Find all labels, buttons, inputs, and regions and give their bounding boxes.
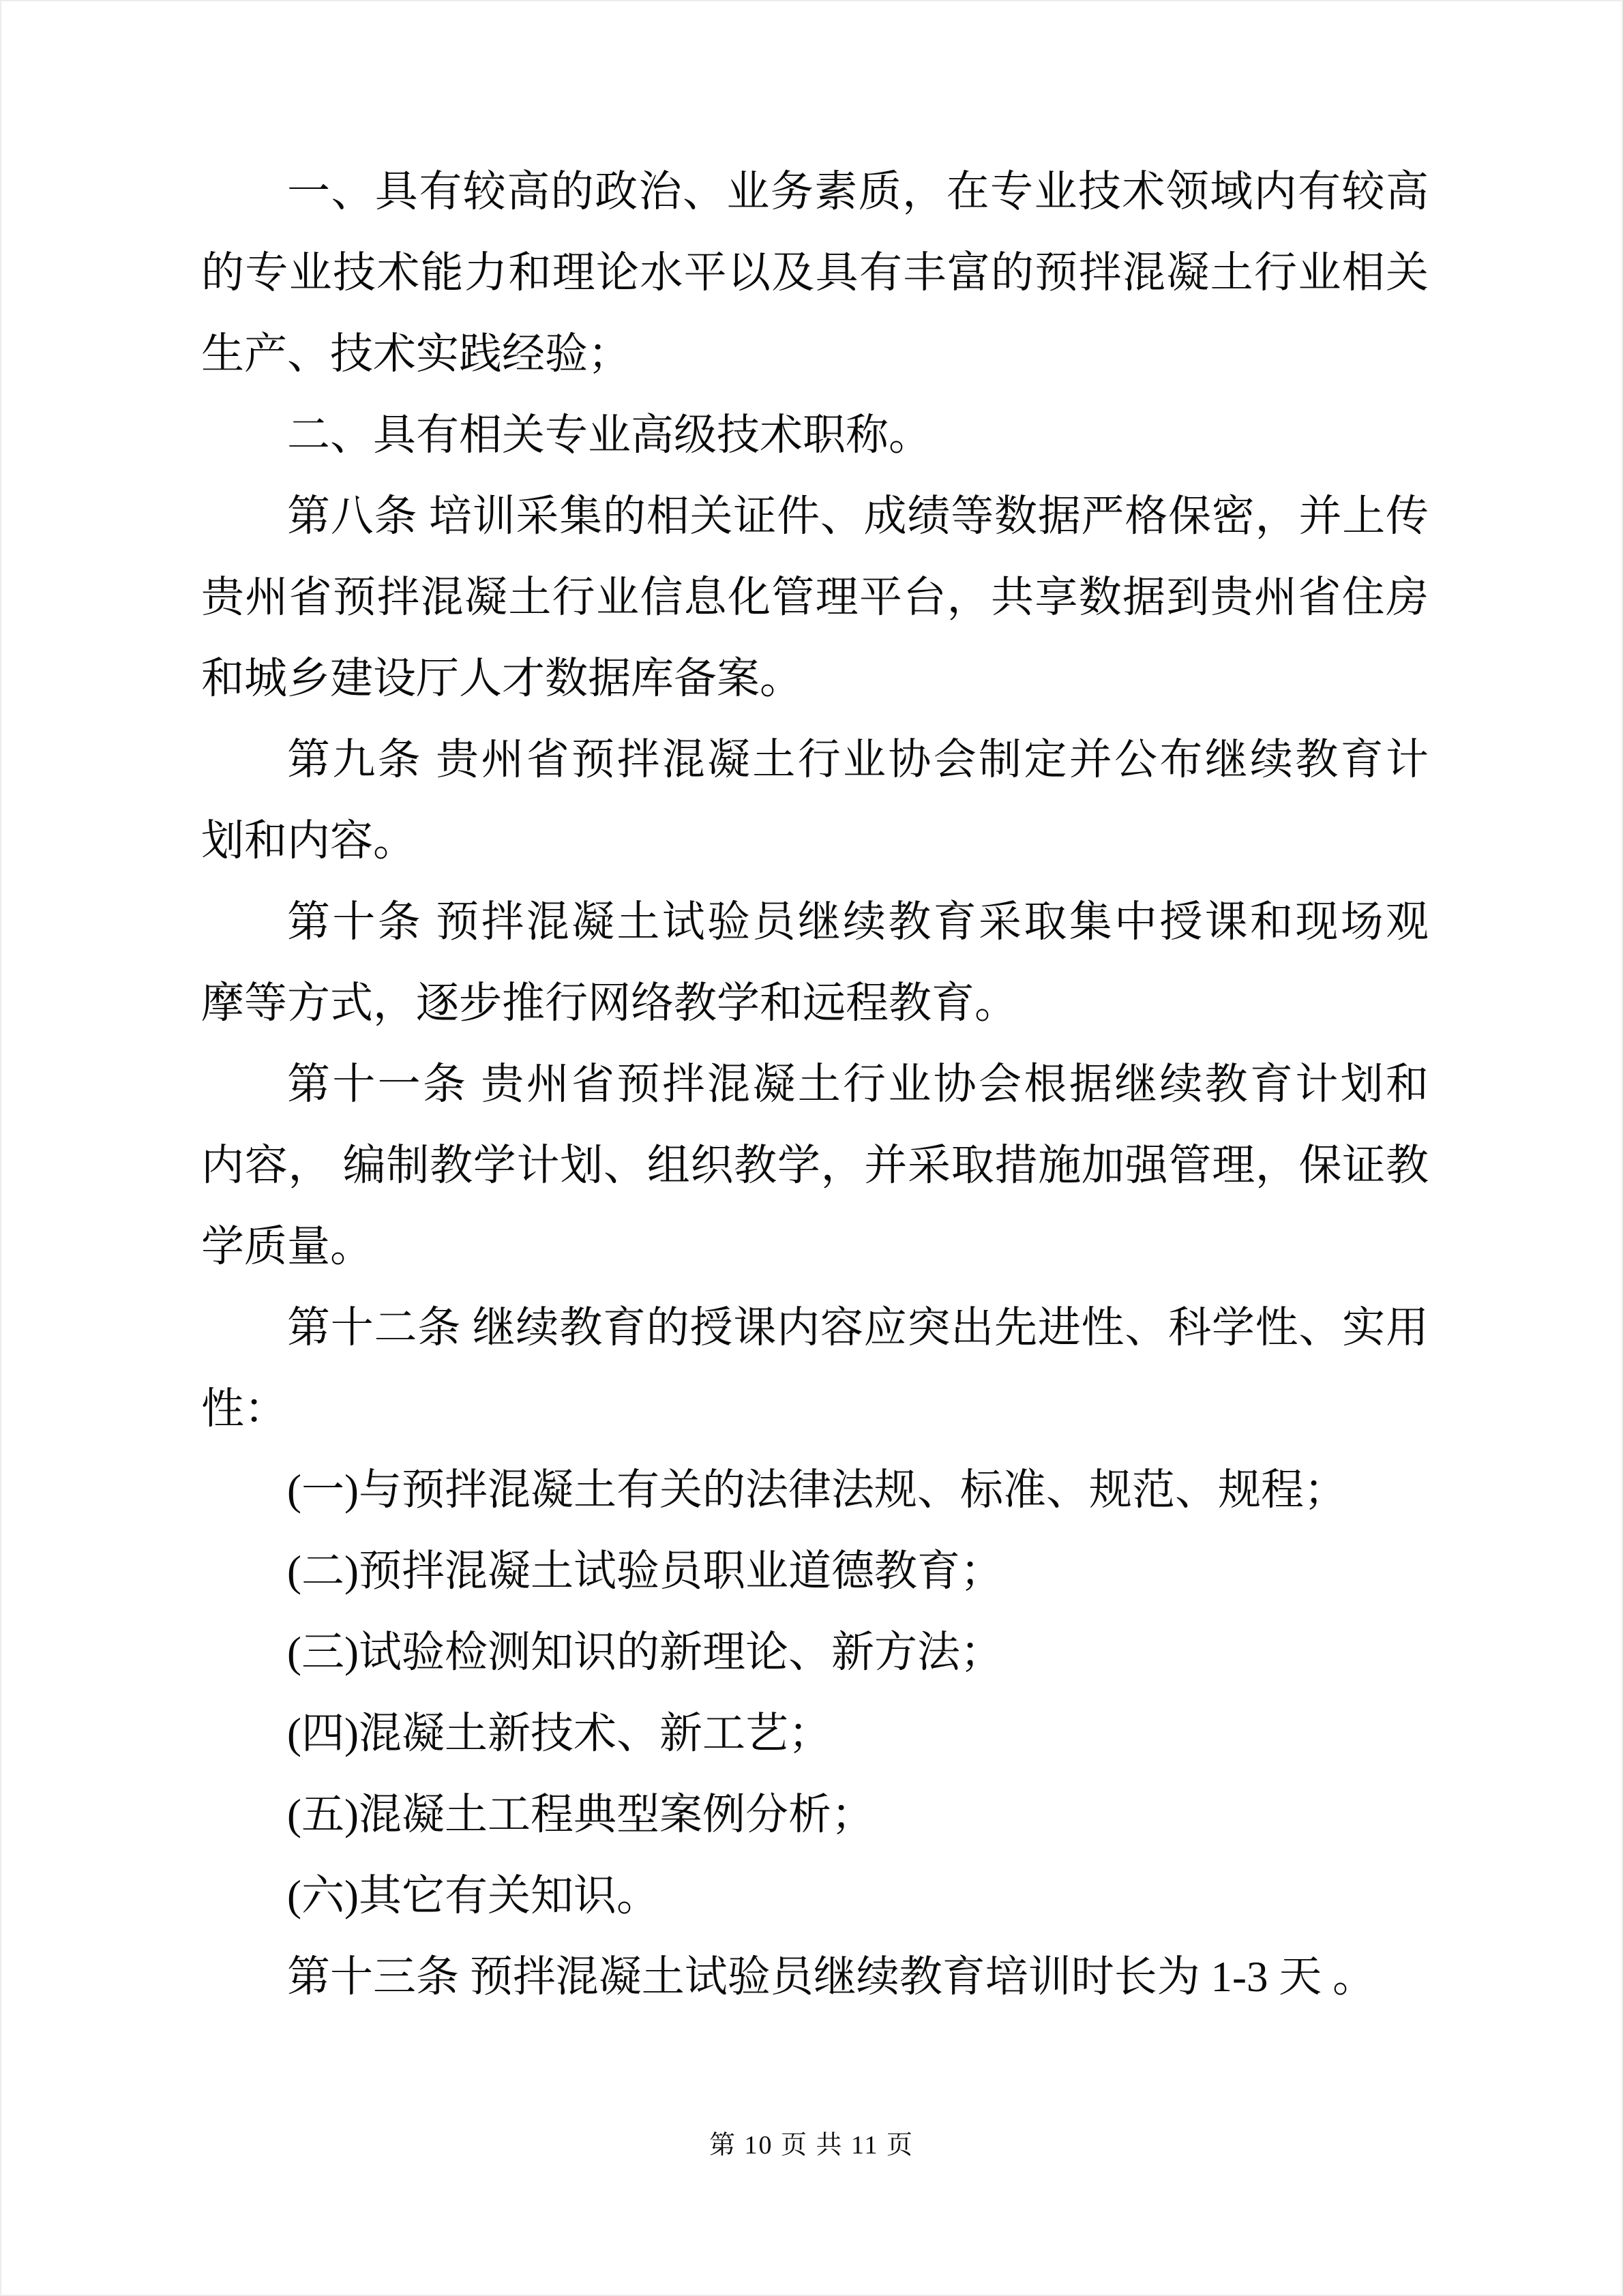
text-line: 学质量。 bbox=[201, 1206, 1429, 1287]
document-content: 一、具有较高的政治、业务素质，在专业技术领域内有较高的专业技术能力和理论水平以及… bbox=[201, 151, 1429, 2018]
text-line: (五)混凝土工程典型案例分析； bbox=[201, 1774, 1429, 1855]
paragraph: 第九条 贵州省预拌混凝土行业协会制定并公布继续教育计划和内容。 bbox=[201, 719, 1429, 882]
paragraph: 第十三条 预拌混凝土试验员继续教育培训时长为 1-3 天 。 bbox=[201, 1937, 1429, 2018]
paragraph: 第十条 预拌混凝土试验员继续教育采取集中授课和现场观摩等方式，逐步推行网络教学和… bbox=[201, 882, 1429, 1044]
text-line: 划和内容。 bbox=[201, 801, 1429, 882]
paragraph: (六)其它有关知识。 bbox=[201, 1855, 1429, 1937]
paragraph: 第十一条 贵州省预拌混凝土行业协会根据继续教育计划和内容， 编制教学计划、组织教… bbox=[201, 1044, 1429, 1287]
text-line: 性： bbox=[201, 1369, 1429, 1450]
page-number: 第 10 页 共 11 页 bbox=[1, 2128, 1622, 2163]
text-line: 二、具有相关专业高级技术职称。 bbox=[201, 395, 1429, 476]
text-line: 和城乡建设厅人才数据库备案。 bbox=[201, 638, 1429, 719]
paragraph: (一)与预拌混凝土有关的法律法规、标准、规范、规程； bbox=[201, 1450, 1429, 1531]
paragraph: (五)混凝土工程典型案例分析； bbox=[201, 1774, 1429, 1855]
text-line: 贵州省预拌混凝土行业信息化管理平台，共享数据到贵州省住房 bbox=[201, 557, 1429, 638]
text-line: 第十三条 预拌混凝土试验员继续教育培训时长为 1-3 天 。 bbox=[201, 1937, 1429, 2018]
text-line: (二)预拌混凝土试验员职业道德教育； bbox=[201, 1531, 1429, 1612]
text-line: 生产、技术实践经验； bbox=[201, 314, 1429, 395]
text-line: 一、具有较高的政治、业务素质，在专业技术领域内有较高 bbox=[201, 151, 1429, 233]
text-line: (三)试验检测知识的新理论、新方法； bbox=[201, 1612, 1429, 1693]
text-line: 第十条 预拌混凝土试验员继续教育采取集中授课和现场观 bbox=[201, 882, 1429, 963]
text-line: 摩等方式，逐步推行网络教学和远程教育。 bbox=[201, 963, 1429, 1044]
paragraph: 第八条 培训采集的相关证件、成绩等数据严格保密，并上传贵州省预拌混凝土行业信息化… bbox=[201, 476, 1429, 719]
paragraph: 二、具有相关专业高级技术职称。 bbox=[201, 395, 1429, 476]
document-page: 一、具有较高的政治、业务素质，在专业技术领域内有较高的专业技术能力和理论水平以及… bbox=[0, 0, 1623, 2296]
text-line: 的专业技术能力和理论水平以及具有丰富的预拌混凝土行业相关 bbox=[201, 233, 1429, 314]
text-line: 第八条 培训采集的相关证件、成绩等数据严格保密，并上传 bbox=[201, 476, 1429, 557]
text-line: 第十二条 继续教育的授课内容应突出先进性、科学性、实用 bbox=[201, 1287, 1429, 1369]
text-line: (四)混凝土新技术、新工艺； bbox=[201, 1693, 1429, 1774]
paragraph: 第十二条 继续教育的授课内容应突出先进性、科学性、实用性： bbox=[201, 1287, 1429, 1450]
paragraph: (二)预拌混凝土试验员职业道德教育； bbox=[201, 1531, 1429, 1612]
paragraph: (四)混凝土新技术、新工艺； bbox=[201, 1693, 1429, 1774]
text-line: 第九条 贵州省预拌混凝土行业协会制定并公布继续教育计 bbox=[201, 719, 1429, 801]
paragraph: 一、具有较高的政治、业务素质，在专业技术领域内有较高的专业技术能力和理论水平以及… bbox=[201, 151, 1429, 395]
text-line: (一)与预拌混凝土有关的法律法规、标准、规范、规程； bbox=[201, 1450, 1429, 1531]
text-line: (六)其它有关知识。 bbox=[201, 1855, 1429, 1937]
text-line: 内容， 编制教学计划、组织教学，并采取措施加强管理，保证教 bbox=[201, 1125, 1429, 1206]
text-line: 第十一条 贵州省预拌混凝土行业协会根据继续教育计划和 bbox=[201, 1044, 1429, 1125]
paragraph: (三)试验检测知识的新理论、新方法； bbox=[201, 1612, 1429, 1693]
